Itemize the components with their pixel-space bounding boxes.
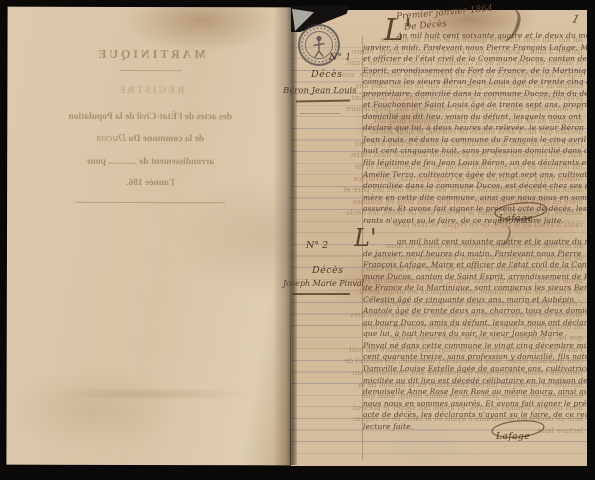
bleedthrough-script: Ducos <box>96 133 126 144</box>
act-2-margin-type: Décès <box>312 265 344 276</box>
act-2-opening-flourish: L' <box>354 226 377 250</box>
act-line: comparus les sieurs Béron Jean Louis âgé… <box>363 76 587 88</box>
act-line: huit cent cinquante huit, sans professio… <box>363 145 587 157</box>
bleedthrough-cover-text: MARTINIQUE REGISTRE des actes de l'État-… <box>25 47 275 204</box>
act-1-margin-type: Décès <box>311 69 343 80</box>
act-line: cent quarante treize, sans profession y … <box>363 351 587 363</box>
bleedthrough-title: MARTINIQUE <box>25 47 275 63</box>
act-1-opening-flourish: L' <box>384 16 412 46</box>
act-2-margin-name: Joseph Marie Pinval <box>283 279 364 288</box>
bleedthrough-line: des actes de l'État-Civil de la Populati… <box>25 112 275 123</box>
bleedthrough-subtitle: REGISTRE <box>25 85 275 97</box>
act-line: miciliée au dit lieu est décédé célibata… <box>363 375 587 387</box>
act-1-margin-name: Béron Jean Louis <box>283 86 357 96</box>
bleedthrough-line: de la commune Du Ducos <box>25 133 275 145</box>
act-line: au bourg Ducos, amis du défunt, lesquels… <box>363 317 587 329</box>
act-line: Amélie Terza, cultivatrice âgée de vingt… <box>363 169 587 181</box>
act-line: Esprit, arrondissement du Fort de France… <box>363 65 587 77</box>
act-line: Célestin âgé de cinquante deux ans, mari… <box>363 294 587 306</box>
act-1-body: An mil huit cent soixante quatre et le d… <box>363 30 587 226</box>
act-line: propriétaire, domicilié dans la commune … <box>363 88 587 100</box>
act-line: Damville Louise Estelle âgée de quarante… <box>363 363 587 375</box>
act-line: assurés. Et avons fait signer le présent… <box>363 203 587 215</box>
act-2-margin-number: N° 2 <box>306 240 328 251</box>
act-line: domicilié au dit lieu, voisin du défunt,… <box>363 111 587 123</box>
act-line: an mil huit cent soixante quatre et le q… <box>363 236 587 248</box>
bleedthrough-rule <box>119 70 181 71</box>
act-line: déclaré que lui, à deux heures de relevé… <box>363 122 587 134</box>
bleedthrough-smudge <box>47 389 257 400</box>
bleedthrough-line: l'année 186. <box>25 178 275 189</box>
signature-flourish <box>490 419 546 439</box>
signature-flourish <box>493 201 549 221</box>
act-line: fils légitime de feu Jean Louis Béron, u… <box>363 157 587 169</box>
act-1-signature: Lafage <box>499 206 533 225</box>
act-line: Anatole âgé de trente deux ans, charron,… <box>363 305 587 317</box>
act-line: mère en cette dite commune, ainsi que no… <box>363 192 587 204</box>
bleedthrough-line: arrondissement de ............ pour <box>25 157 275 168</box>
bleedthrough-printed: de la commune Du <box>128 134 204 144</box>
act-line: de janvier, neuf heures du matin. Pardev… <box>363 248 587 260</box>
act-line: demoiselle Anne Rose Jean Rosé au même b… <box>363 386 587 398</box>
act-line: domiciliée dans la commune Ducos, est dé… <box>363 180 587 192</box>
scanned-register-spread: MARTINIQUE REGISTRE des actes de l'État-… <box>0 0 595 480</box>
act-line: que lui, à huit heures du soir, le sieur… <box>363 328 587 340</box>
left-page: MARTINIQUE REGISTRE des actes de l'État-… <box>6 7 291 466</box>
act-line: acte de décès, les déclarants n'ayant su… <box>363 409 587 421</box>
margin-underline <box>292 293 350 295</box>
act-line: mune Ducos, canton de Saint Esprit, arro… <box>363 271 587 283</box>
act-line: lecture faite. <box>363 421 587 433</box>
act-2-body: an mil huit cent soixante quatre et le q… <box>363 236 587 432</box>
act-line: François Lafage, Maire et officier de l'… <box>363 259 587 271</box>
act-line: et Fauchonnier Saint Louis âgé de trente… <box>363 99 587 111</box>
official-stamp-icon <box>296 22 342 68</box>
act-2-signature: Lafage <box>496 424 530 443</box>
bleedthrough-rule <box>75 202 225 203</box>
act-line: Pinval né dans cette commune le vingt ci… <box>363 340 587 352</box>
act-line: de France de la Martinique, sont comparu… <box>363 282 587 294</box>
act-line: Jean Louis, né dans la commune du Franço… <box>363 134 587 146</box>
act-line: rants n'ayant su le faire, de ce requis;… <box>363 215 587 227</box>
gutter-shadow <box>273 7 297 465</box>
act-line: nous nous en sommes assurés. Et avons fa… <box>363 398 587 410</box>
margin-underline-faint <box>300 113 340 114</box>
act-line: et officier de l'état civil de la Commun… <box>363 53 587 65</box>
